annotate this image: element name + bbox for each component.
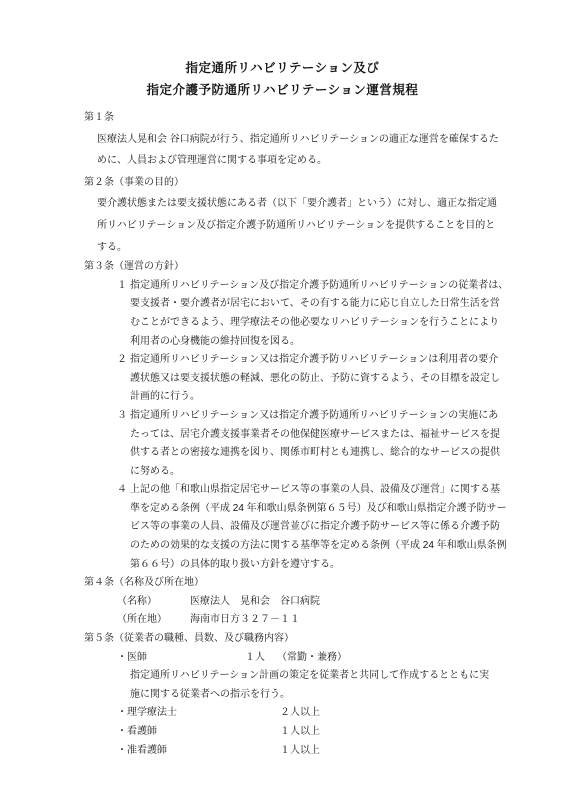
staff-count: ２人以上 [280,704,320,723]
article-2-heading: 第２条（事業の目的） [84,172,545,194]
item-number: ４ [117,481,127,500]
article-3-item-2: ２ 指定通所リハビリテーション又は指定介護予防リハビリテーションは利用者の要介 [84,351,545,370]
staff-desc-line: 施に関する従業者への指示を行う。 [84,686,545,705]
item-line: 指定通所リハビリテーション又は指定介護予防リハビリテーションは利用者の要介 [130,354,498,365]
name-row: （名称） 医療法人 晃和会 谷口病院 [84,593,545,612]
article-2-body-line: 所リハビリテーション及び指定介護予防通所リハビリテーションを提供することを目的と [84,215,545,237]
article-1-body-line: 医療法人晃和会 谷口病院が行う、指定通所リハビリテーションの適正な運営を確保する… [84,129,545,151]
staff-row-doctor: ・医師 １人 （常勤・兼務） [84,649,545,668]
article-5: 第５条（従業者の職種、員数、及び職務内容） ・医師 １人 （常勤・兼務） 指定通… [84,630,545,760]
item-line: 指定通所リハビリテーション又は指定介護予防通所リハビリテーションの実施にあ [130,410,498,421]
item-line: 供する者との密接な連携を図り、関係市町村とも連携し、総合的なサービスの提供 [84,444,545,463]
article-2-body-line: 要介護状態または要支援状態にある者（以下「要介護者」という）に対し、適正な指定通 [84,193,545,215]
item-line: 計画的に行う。 [84,388,545,407]
staff-note: （常勤・兼務） [277,649,347,668]
address-value: 海南市日方３２７－１１ [190,611,300,630]
article-3-item-3: ３ 指定通所リハビリテーション又は指定介護予防通所リハビリテーションの実施にあ [84,407,545,426]
staff-role: ・看護師 [117,726,157,737]
article-2-body-line: する。 [84,237,545,259]
address-label: （所在地） [117,614,167,625]
article-2: 第２条（事業の目的） 要介護状態または要支援状態にある者（以下「要介護者」という… [84,172,545,258]
article-5-heading: 第５条（従業者の職種、員数、及び職務内容） [84,630,545,649]
staff-row-physical-therapist: ・理学療法士 ２人以上 [84,704,545,723]
address-row: （所在地） 海南市日方３２７－１１ [84,611,545,630]
item-line: 指定通所リハビリテーション及び指定介護予防通所リハビリテーションの従業者は、 [130,280,508,291]
item-number: ３ [117,407,127,426]
article-3: 第３条（運営の方針） １ 指定通所リハビリテーション及び指定介護予防通所リハビリ… [84,258,545,574]
name-label: （名称） [117,596,157,607]
item-line: 利用者の心身機能の維持回復を図る。 [84,333,545,352]
document-page: 指定通所リハビリテーション及び 指定介護予防通所リハビリテーション運営規程 第１… [0,0,565,800]
item-line: 第６６号）の具体的取り扱い方針を遵守する。 [84,556,545,575]
staff-role: ・理学療法士 [117,707,177,718]
item-line: 上記の他「和歌山県指定居宅サービス等の事業の人員、設備及び運営」に関する基 [130,484,500,495]
article-1-body-line: めに、人員および管理運営に関する事項を定める。 [84,150,545,172]
staff-role: ・准看護師 [117,745,167,756]
item-line: むことができるよう、理学療法その他必要なリハビリテーションを行うことにより [84,314,545,333]
document-title-line: 指定通所リハビリテーション及び [0,57,565,79]
item-line: ビス等の事業の人員、設備及び運営並びに指定介護予防サービス等に係る介護予防 [84,518,545,537]
staff-count: １人以上 [280,742,320,761]
staff-count: １人以上 [280,723,320,742]
item-line: 護状態又は要支援状態の軽減、悪化の防止、予防に資するよう、その目標を設定し [84,370,545,389]
article-4-heading: 第４条（名称及び所在地） [84,574,545,593]
item-number: ２ [117,351,127,370]
staff-count: １人 [245,649,265,668]
name-value: 医療法人 晃和会 谷口病院 [190,593,320,612]
document-title: 指定通所リハビリテーション及び 指定介護予防通所リハビリテーション運営規程 [0,57,565,101]
staff-desc-line: 指定通所リハビリテーション計画の策定を従業者と共同して作成するとともに実 [84,667,545,686]
staff-role: ・医師 [117,652,147,663]
staff-row-nurse: ・看護師 １人以上 [84,723,545,742]
article-4: 第４条（名称及び所在地） （名称） 医療法人 晃和会 谷口病院 （所在地） 海南… [84,574,545,630]
document-title-line: 指定介護予防通所リハビリテーション運営規程 [0,79,565,101]
article-3-item-1: １ 指定通所リハビリテーション及び指定介護予防通所リハビリテーションの従業者は、 [84,277,545,296]
staff-row-assistant-nurse: ・准看護師 １人以上 [84,742,545,761]
item-line: に努める。 [84,463,545,482]
article-1-heading: 第１条 [84,107,545,129]
item-line: のための効果的な支援の方法に関する基準等を定める条例（平成 24 年和歌山県条例 [84,537,545,556]
article-3-heading: 第３条（運営の方針） [84,258,545,277]
article-3-item-4: ４ 上記の他「和歌山県指定居宅サービス等の事業の人員、設備及び運営」に関する基 [84,481,545,500]
item-line: たっては、居宅介護支援事業者その他保健医療サービスまたは、福祉サービスを提 [84,426,545,445]
article-1: 第１条 医療法人晃和会 谷口病院が行う、指定通所リハビリテーションの適正な運営を… [84,107,545,172]
document-body: 第１条 医療法人晃和会 谷口病院が行う、指定通所リハビリテーションの適正な運営を… [84,107,545,760]
item-number: １ [117,277,127,296]
item-line: 準を定める条例（平成 24 年和歌山県条例第６５号）及び和歌山県指定介護予防サー [84,500,545,519]
item-line: 要支援者・要介護者が居宅において、その有する能力に応じ自立した日常生活を営 [84,295,545,314]
